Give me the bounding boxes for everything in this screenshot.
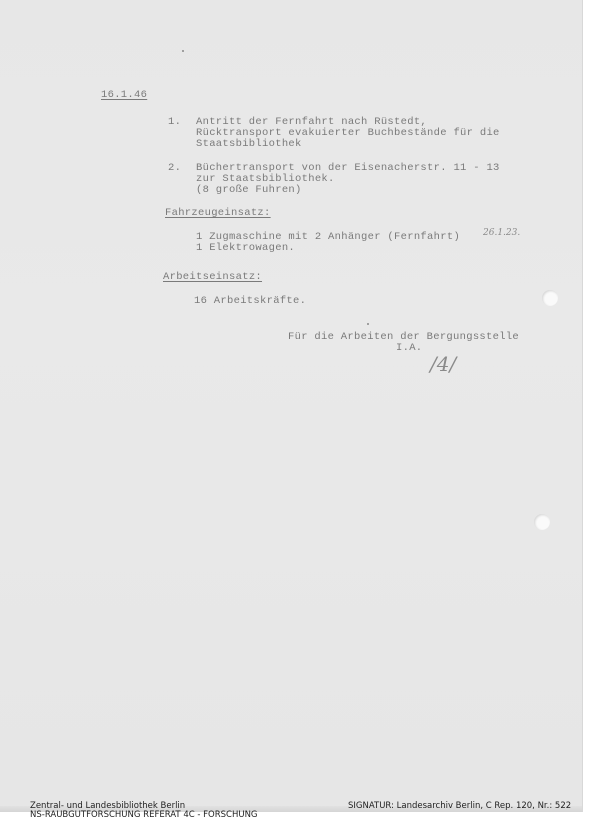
- vehicles-line-2: 1 Elektrowagen.: [196, 243, 295, 254]
- punch-hole-top: [542, 290, 558, 306]
- footer-signatur: SIGNATUR: Landesarchiv Berlin, C Rep. 12…: [348, 801, 571, 811]
- handwritten-note: 26.1.23.: [483, 228, 520, 238]
- item-2-line-3: (8 große Fuhren): [196, 185, 302, 196]
- item-1-number: 1.: [168, 117, 181, 128]
- footer-left-line-2: NS-RAUBGUTFORSCHUNG REFERAT 4C - FORSCHU…: [30, 810, 258, 820]
- speck: [182, 50, 184, 52]
- item-2-number: 2.: [168, 163, 181, 174]
- document-date: 16.1.46: [101, 90, 147, 101]
- punch-hole-bottom: [534, 514, 550, 530]
- signature-line-2: I.A.: [396, 343, 422, 354]
- handwritten-signature: /4/: [430, 352, 456, 376]
- workers-line: 16 Arbeitskräfte.: [194, 296, 306, 307]
- item-1-line-3: Staatsbibliothek: [196, 139, 302, 150]
- scanned-page: 16.1.46 1. Antritt der Fernfahrt nach Rü…: [0, 0, 583, 812]
- workers-heading: Arbeitseinsatz:: [163, 272, 262, 283]
- vehicles-heading: Fahrzeugeinsatz:: [165, 208, 271, 219]
- speck: [367, 323, 369, 325]
- footer-left-line-1: Zentral- und Landesbibliothek Berlin: [30, 801, 185, 811]
